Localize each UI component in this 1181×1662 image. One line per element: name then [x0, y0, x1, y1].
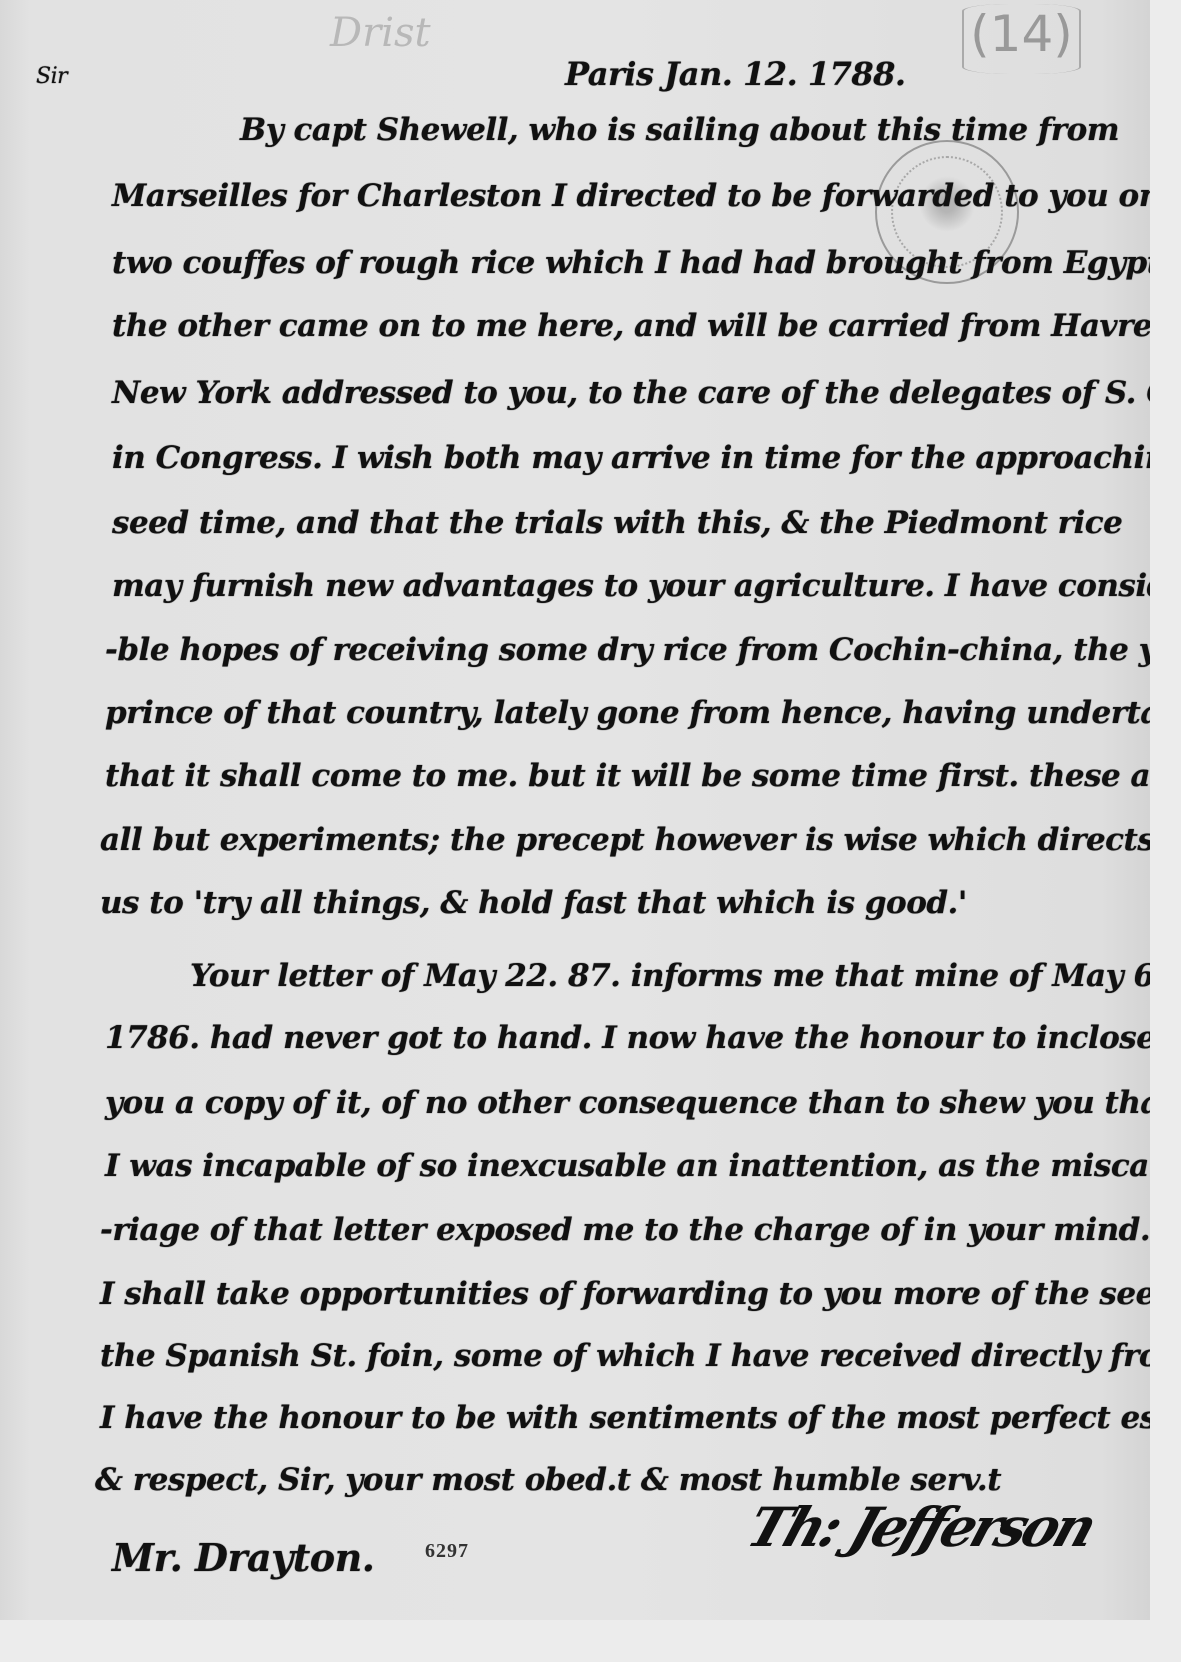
- body-line: in Congress. I wish both may arrive in t…: [112, 440, 1181, 476]
- signature: Th: Jefferson: [740, 1495, 1102, 1559]
- dateline: Paris Jan. 12. 1788.: [565, 55, 906, 93]
- salutation: Sir: [36, 64, 67, 89]
- body-line: the Spanish St. foin, some of which I ha…: [100, 1338, 1181, 1374]
- body-line: 1786. had never got to hand. I now have …: [105, 1020, 1155, 1056]
- body-line: the other came on to me here, and will b…: [112, 308, 1181, 344]
- addressee: Mr. Drayton.: [112, 1535, 375, 1580]
- body-line: prince of that country, lately gone from…: [105, 695, 1181, 731]
- body-line: Your letter of May 22. 87. informs me th…: [190, 958, 1165, 994]
- body-line: may furnish new advantages to your agric…: [112, 568, 1181, 604]
- body-line: I shall take opportunities of forwarding…: [100, 1276, 1181, 1312]
- body-line: -riage of that letter exposed me to the …: [100, 1212, 1150, 1248]
- scan-border-bottom: [0, 1620, 1181, 1662]
- body-line: that it shall come to me. but it will be…: [105, 758, 1181, 794]
- scan-border-right: [1150, 0, 1181, 1662]
- body-line: two couffes of rough rice which I had ha…: [112, 245, 1171, 281]
- letter-page: Drist (14) Sir Paris Jan. 12. 1788. By c…: [0, 0, 1150, 1620]
- archive-number: 6297: [425, 1540, 469, 1563]
- body-line: -ble hopes of receiving some dry rice fr…: [105, 632, 1181, 668]
- body-line: & respect, Sir, your most obed.t & most …: [95, 1462, 1001, 1498]
- body-line: you a copy of it, of no other consequenc…: [105, 1085, 1174, 1121]
- body-line: all but experiments; the precept however…: [100, 822, 1154, 858]
- pencil-folio-number: (14): [962, 4, 1081, 74]
- body-line: Marseilles for Charleston I directed to …: [112, 178, 1181, 214]
- body-line: I was incapable of so inexcusable an ina…: [105, 1148, 1177, 1184]
- body-line: By capt Shewell, who is sailing about th…: [240, 112, 1119, 148]
- body-line: us to 'try all things, & hold fast that …: [100, 885, 967, 921]
- faint-top-note: Drist: [330, 10, 431, 56]
- body-line: I have the honour to be with sentiments …: [100, 1400, 1181, 1436]
- body-line: New York addressed to you, to the care o…: [112, 375, 1181, 411]
- body-line: seed time, and that the trials with this…: [112, 505, 1122, 541]
